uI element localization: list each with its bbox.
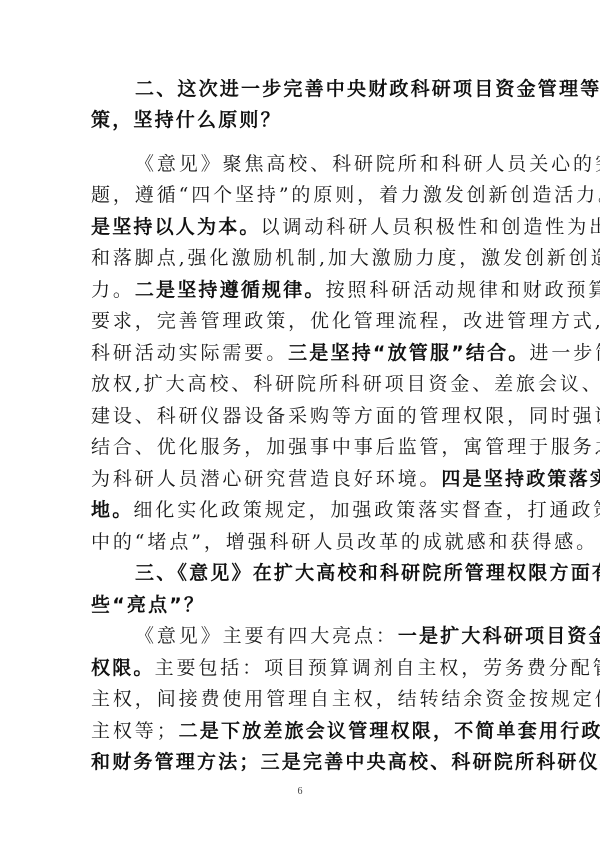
section-heading-line: 三、《意见》在扩大高校和科研院所管理权限方面有哪 <box>135 560 511 586</box>
bold-text-run: 些“亮点”？ <box>91 594 205 616</box>
paragraph-line: 中的“堵点”，增强科研人员改革的成就感和获得感。 <box>91 529 511 555</box>
paragraph-line: 要求，完善管理政策，优化管理流程，改进管理方式,适应 <box>91 308 511 334</box>
text-run: 以调动科研人员积极性和创造性为出发点 <box>261 216 600 238</box>
section-heading-line: 二、这次进一步完善中央财政科研项目资金管理等政 <box>135 76 511 102</box>
bold-text-run: 四是坚持政策落实落 <box>441 468 600 490</box>
paragraph-line: 《意见》主要有四大亮点：一是扩大科研项目资金管理 <box>135 623 511 649</box>
paragraph-line: 结合、优化服务，加强事中事后监管，寓管理于服务之中， <box>91 434 511 460</box>
section-heading-line: 策，坚持什么原则？ <box>91 107 511 133</box>
text-run: 为科研人员潜心研究营造良好环境。 <box>91 468 441 490</box>
document-page: 二、这次进一步完善中央财政科研项目资金管理等政策，坚持什么原则？《意见》聚焦高校… <box>0 0 600 848</box>
text-run: 题，遵循“四个坚持”的原则，着力激发创新创造活力。 <box>91 184 600 206</box>
paragraph-line: 为科研人员潜心研究营造良好环境。四是坚持政策落实落 <box>91 466 511 492</box>
bold-text-run: 权限。 <box>91 657 155 679</box>
text-run: 主要包括：项目预算调剂自主权，劳务费分配管理自 <box>155 657 600 679</box>
bold-text-run: 二、这次进一步完善中央财政科研项目资金管理等政 <box>135 78 600 100</box>
paragraph-line: 题，遵循“四个坚持”的原则，着力激发创新创造活力。一 <box>91 182 511 208</box>
text-run: 中的“堵点”，增强科研人员改革的成就感和获得感。 <box>91 531 598 553</box>
paragraph-line: 主权等；二是下放差旅会议管理权限，不简单套用行政预算 <box>91 718 511 744</box>
text-run: 《意见》聚焦高校、科研院所和科研人员关心的突出问 <box>135 153 600 175</box>
bold-text-run: 地。 <box>91 499 133 521</box>
text-run: 细化实化政策规定，加强政策落实督查，打通政策执行 <box>133 499 600 521</box>
paragraph-line: 科研活动实际需要。三是坚持“放管服”结合。进一步简政 <box>91 340 511 366</box>
bold-text-run: 三是坚持“放管服”结合。 <box>288 342 529 364</box>
paragraph-line: 力。二是坚持遵循规律。按照科研活动规律和财政预算管理 <box>91 277 511 303</box>
text-run: 力。 <box>91 279 135 301</box>
section-heading-line: 些“亮点”？ <box>91 592 511 618</box>
bold-text-run: 策，坚持什么原则？ <box>91 109 282 131</box>
bold-text-run: 二是下放差旅会议管理权限，不简单套用行政预算 <box>179 720 600 742</box>
text-run: 放权,扩大高校、科研院所科研项目资金、差旅会议、基本 <box>91 373 600 395</box>
paragraph-line: 和落脚点,强化激励机制,加大激励力度，激发创新创造活 <box>91 245 511 271</box>
text-run: 要求，完善管理政策，优化管理流程，改进管理方式,适应 <box>91 310 600 332</box>
text-run: 主权，间接费使用管理自主权，结转结余资金按规定使用自 <box>91 688 600 710</box>
text-run: 《意见》主要有四大亮点： <box>135 625 398 647</box>
text-run: 和落脚点,强化激励机制,加大激励力度，激发创新创造活 <box>91 247 600 269</box>
paragraph-line: 是坚持以人为本。以调动科研人员积极性和创造性为出发点 <box>91 214 511 240</box>
text-run: 结合、优化服务，加强事中事后监管，寓管理于服务之中， <box>91 436 600 458</box>
bold-text-run: 是坚持以人为本。 <box>91 216 261 238</box>
text-run: 进一步简政 <box>530 342 600 364</box>
paragraph-line: 《意见》聚焦高校、科研院所和科研人员关心的突出问 <box>135 151 511 177</box>
bold-text-run: 和财务管理方法；三是完善中央高校、科研院所科研仪器设 <box>91 751 600 773</box>
bold-text-run: 一是扩大科研项目资金管理 <box>398 625 600 647</box>
paragraph-line: 放权,扩大高校、科研院所科研项目资金、差旅会议、基本 <box>91 371 511 397</box>
bold-text-run: 二是坚持遵循规律。 <box>135 279 326 301</box>
page-number: 6 <box>290 786 310 797</box>
text-run: 按照科研活动规律和财政预算管理 <box>326 279 600 301</box>
text-run: 主权等； <box>91 720 179 742</box>
text-run: 科研活动实际需要。 <box>91 342 288 364</box>
paragraph-line: 和财务管理方法；三是完善中央高校、科研院所科研仪器设 <box>91 749 511 775</box>
paragraph-line: 权限。主要包括：项目预算调剂自主权，劳务费分配管理自 <box>91 655 511 681</box>
paragraph-line: 建设、科研仪器设备采购等方面的管理权限，同时强调放管 <box>91 403 511 429</box>
bold-text-run: 三、《意见》在扩大高校和科研院所管理权限方面有哪 <box>135 562 600 584</box>
text-run: 建设、科研仪器设备采购等方面的管理权限，同时强调放管 <box>91 405 600 427</box>
paragraph-line: 主权，间接费使用管理自主权，结转结余资金按规定使用自 <box>91 686 511 712</box>
paragraph-line: 地。细化实化政策规定，加强政策落实督查，打通政策执行 <box>91 497 511 523</box>
